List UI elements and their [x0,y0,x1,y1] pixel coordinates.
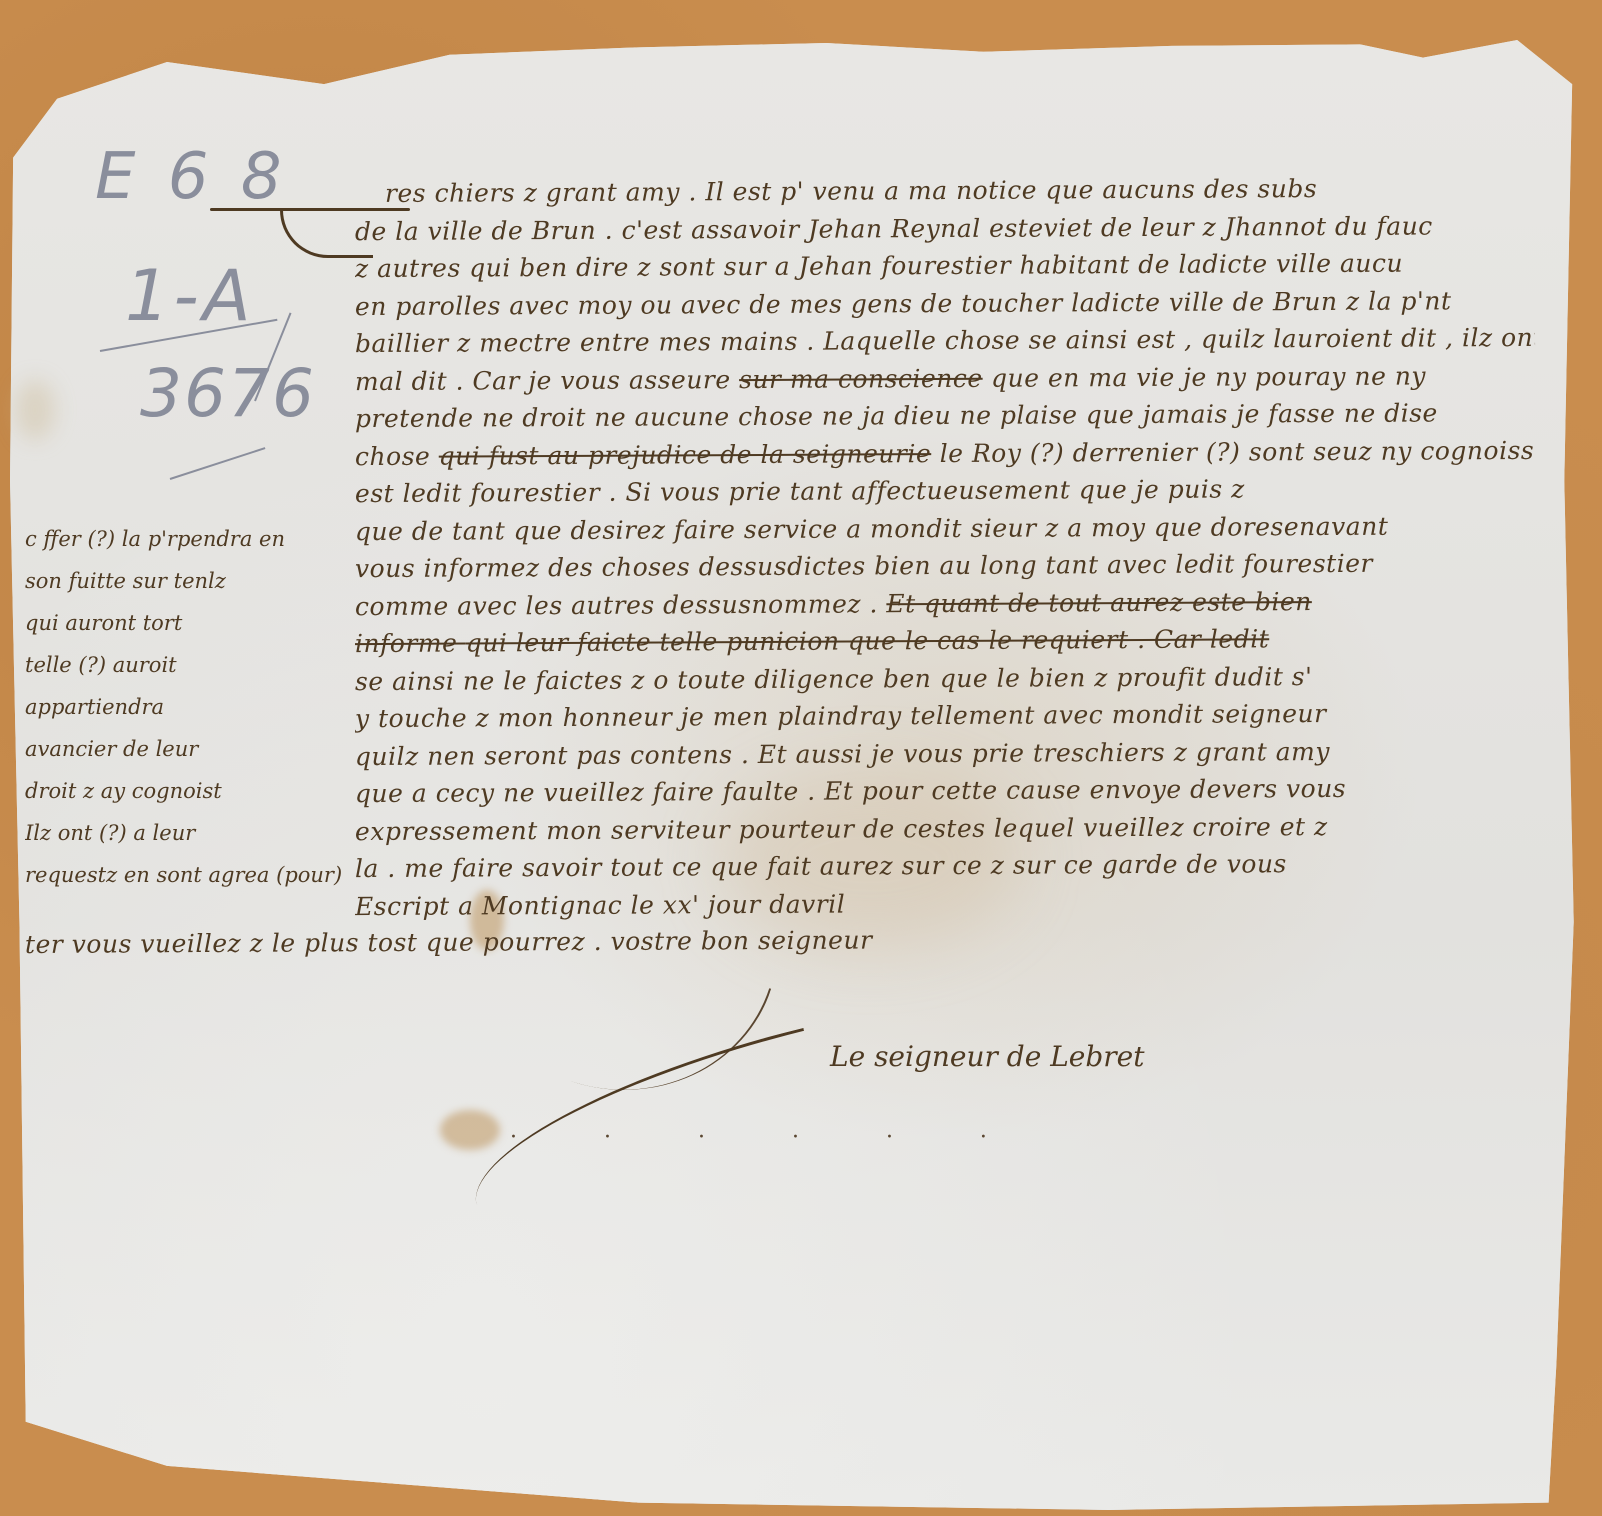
shelfmark-line-3: 3676 [140,355,316,432]
signature: Le seigneur de Lebret [830,1040,1145,1073]
water-stain [440,1110,500,1150]
margin-line: droit z ay cognoist [25,770,345,812]
body-line: z autres qui ben dire z sont sur a Jehan… [355,244,1535,288]
body-line: de la ville de Brun . c'est assavoir Jeh… [355,206,1535,250]
body-line: pretende ne droit ne aucune chose ne ja … [355,394,1535,438]
decorative-dots: · · · · · · [510,1125,1027,1150]
struck-text: sur ma conscience [739,363,983,393]
body-line: vous informez des choses dessusdictes bi… [355,544,1535,588]
body-line: que a cecy ne vueillez faire faulte . Et… [355,769,1535,813]
body-line: en parolles avec moy ou avec de mes gens… [355,281,1535,325]
body-line: la . me faire savoir tout ce que fait au… [355,844,1535,888]
body-line: quilz nen seront pas contens . Et aussi … [355,731,1535,775]
margin-line: c ffer (?) la p'rpendra en [25,518,345,560]
struck-text: qui fust au prejudice de la seigneurie [439,439,932,471]
shelfmark-line-2: 1-A [125,255,255,337]
body-line: comme avec les autres dessusnommez . Et … [355,581,1535,625]
margin-line: telle (?) auroit [25,644,345,686]
body-line: que de tant que desirez faire service a … [355,506,1535,550]
margin-line: appartiendra [25,686,345,728]
shelfmark-line-1: E 6 8 [95,140,288,214]
margin-note: c ffer (?) la p'rpendra en son fuitte su… [25,518,345,896]
margin-line: Ilz ont (?) a leur [25,812,345,854]
margin-line: avancier de leur [25,728,345,770]
body-line: y touche z mon honneur je men plaindray … [355,694,1535,738]
body-line: chose qui fust au prejudice de la seigne… [355,431,1535,475]
margin-line: qui auront tort [25,602,345,644]
body-line: ter vous vueillez z le plus tost que pou… [25,918,1535,963]
body-line: mal dit . Car je vous asseure sur ma con… [355,356,1535,400]
body-line: expressement mon serviteur pourteur de c… [355,806,1535,850]
margin-line: son fuitte sur tenlz [25,560,345,602]
body-line: baillier z mectre entre mes mains . Laqu… [355,319,1535,363]
struck-text: informe [355,629,466,659]
letter-body: res chiers z grant amy . Il est p' venu … [355,172,1535,960]
body-line: informe qui leur faicte telle punicion q… [355,619,1535,663]
margin-line: requestz en sont agrea (pour) [25,854,345,896]
struck-text: Et quant de tout aurez este bien [886,587,1312,618]
body-line: res chiers z grant amy . Il est p' venu … [355,169,1535,213]
body-line: se ainsi ne le faictes z o toute diligen… [355,656,1535,700]
water-stain [15,380,55,440]
body-line: est ledit fourestier . Si vous prie tant… [355,469,1535,513]
